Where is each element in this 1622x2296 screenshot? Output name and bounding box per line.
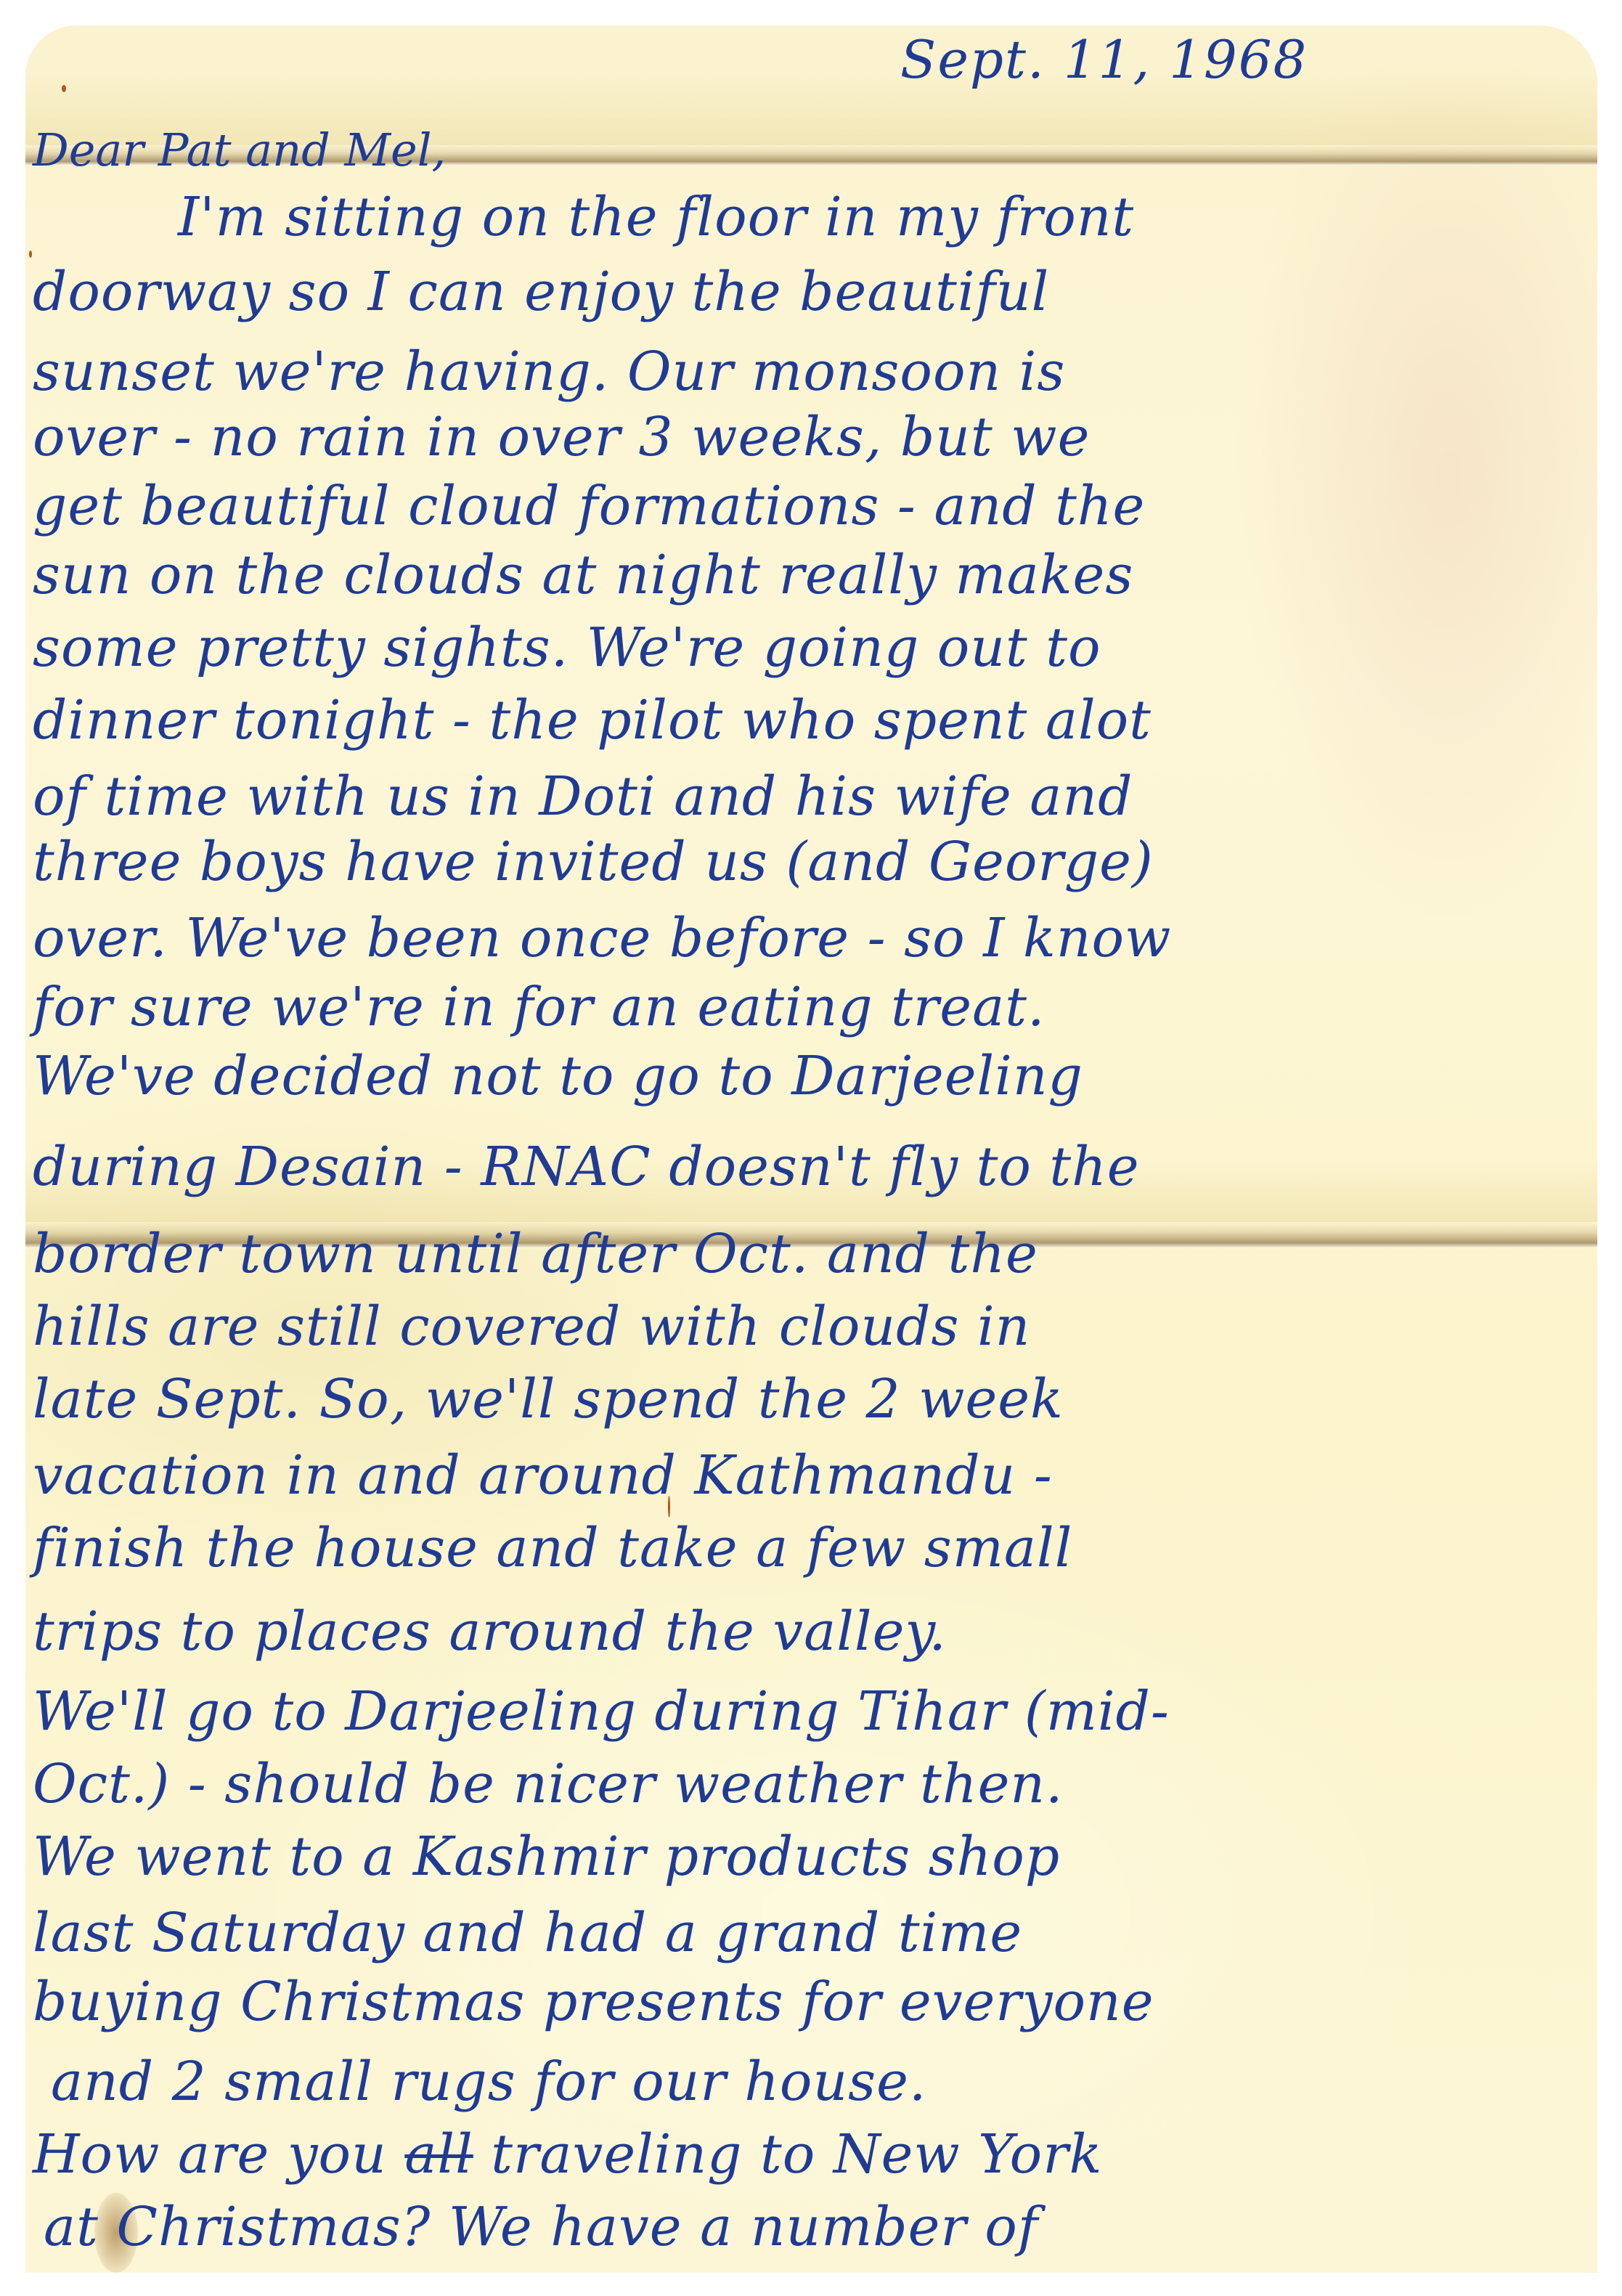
letter-line: finish the house and take a few small <box>33 1521 1072 1575</box>
letter-line: sun on the clouds at night really makes <box>33 548 1133 602</box>
letter-line: get beautiful cloud formations - and the <box>33 479 1145 533</box>
letter-line: We've decided not to go to Darjeeling <box>33 1049 1083 1103</box>
line-start: How are you <box>33 2123 387 2186</box>
letter-line: doorway so I can enjoy the beautiful <box>33 265 1049 319</box>
letter-line: last Saturday and had a grand time <box>33 1906 1022 1960</box>
letter-line: We went to a Kashmir products shop <box>33 1830 1060 1884</box>
letter-date: Sept. 11, 1968 <box>900 29 1308 90</box>
letter-line: hills are still covered with clouds in <box>33 1300 1030 1353</box>
letter-line: dinner tonight - the pilot who spent alo… <box>33 693 1152 747</box>
letter-text: Sept. 11, 1968 Dear Pat and Mel, I'm sit… <box>0 0 1622 2296</box>
letter-line: Oct.) - should be nicer weather then. <box>33 1757 1064 1811</box>
letter-salutation: Dear Pat and Mel, <box>33 123 446 176</box>
letter-line: and 2 small rugs for our house. <box>51 2055 926 2109</box>
letter-line: We'll go to Darjeeling during Tihar (mid… <box>33 1685 1170 1738</box>
struck-out-word: all <box>404 2123 473 2186</box>
letter-line: for sure we're in for an eating treat. <box>33 980 1045 1034</box>
letter-line: I'm sitting on the floor in my front <box>178 190 1134 244</box>
letter-line: How are you all traveling to New York <box>33 2128 1102 2181</box>
letter-line: some pretty sights. We're going out to <box>33 621 1101 675</box>
letter-line: of time with us in Doti and his wife and <box>33 770 1133 823</box>
letter-line: at Christmas? We have a number of <box>44 2200 1038 2254</box>
letter-line: during Desain - RNAC doesn't fly to the <box>33 1140 1140 1194</box>
line-end: traveling to New York <box>491 2123 1102 2186</box>
letter-line: sunset we're having. Our monsoon is <box>33 345 1065 399</box>
letter-line: over - no rain in over 3 weeks, but we <box>33 410 1090 464</box>
letter-line: late Sept. So, we'll spend the 2 week <box>33 1372 1064 1426</box>
letter-line: trips to places around the valley. <box>33 1605 947 1658</box>
letter-line: border town until after Oct. and the <box>33 1227 1038 1281</box>
letter-line: over. We've been once before - so I know <box>33 911 1171 965</box>
letter-line: buying Christmas presents for everyone <box>33 1975 1154 2029</box>
letter-line: vacation in and around Kathmandu - <box>33 1449 1053 1502</box>
letter-line: three boys have invited us (and George) <box>33 835 1154 889</box>
